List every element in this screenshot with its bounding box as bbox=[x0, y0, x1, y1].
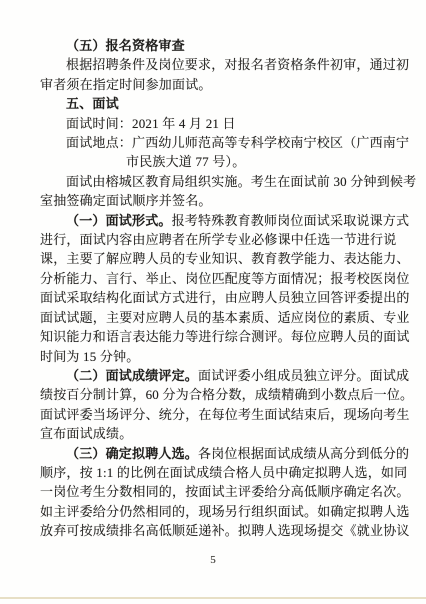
text-line: 分析能力、言行、举止、岗位匹配度等方面情况；报考校医岗位 bbox=[40, 269, 412, 288]
text-line: 知识能力和语言表达能力等进行综合测评。每位应聘人员的面试 bbox=[40, 327, 412, 346]
text-line: 放弃可按成绩排名高低顺延递补。拟聘人选现场提交《就业协议 bbox=[40, 521, 412, 540]
text-line-body: 一岗位考生分数相同的，按面试主评委给分高低顺序确定名次。 bbox=[40, 484, 410, 499]
document-page: （五）报名资格审查根据招聘条件及岗位要求，对报名者资格条件初审，通过初审者须在指… bbox=[0, 0, 426, 604]
text-line: （三）确定拟聘人选。各岗位根据面试成绩从高分到低分的 bbox=[40, 444, 412, 463]
text-line-body: 放弃可按成绩排名高低顺延递补。拟聘人选现场提交《就业协议 bbox=[40, 523, 410, 538]
text-line: （二）面试成绩评定。面试评委小组成员独立评分。面试成 bbox=[40, 366, 412, 385]
text-line-bold-lead: 五、面试 bbox=[66, 96, 119, 111]
text-line-bold-lead: （一）面试形式。 bbox=[66, 213, 172, 228]
text-line-bold-lead: （五）报名资格审查 bbox=[66, 38, 185, 53]
text-line-body: 时间为 15 分钟。 bbox=[40, 349, 140, 364]
text-line: 面试由榕城区教育局组织实施。考生在面试前 30 分钟到候考 bbox=[40, 172, 412, 191]
page-bottom-edge bbox=[0, 597, 426, 599]
text-line: 根据招聘条件及岗位要求，对报名者资格条件初审，通过初 bbox=[40, 55, 412, 74]
text-line: 一岗位考生分数相同的，按面试主评委给分高低顺序确定名次。 bbox=[40, 482, 412, 501]
text-line-body: 知识能力和语言表达能力等进行综合测评。每位应聘人员的面试 bbox=[40, 329, 410, 344]
text-line: 五、面试 bbox=[40, 94, 412, 113]
text-line: 如主评委给分仍然相同的，现场另行组织面试。如确定拟聘人选 bbox=[40, 502, 412, 521]
text-line: 市民族大道 77 号）。 bbox=[40, 152, 412, 171]
text-line: 面试采取结构化面试方式进行，由应聘人员独立回答评委提出的 bbox=[40, 288, 412, 307]
text-line-body: 顺序，按 1:1 的比例在面试成绩合格人员中确定拟聘人选，如同 bbox=[40, 465, 407, 480]
text-line: 宣布面试成绩。 bbox=[40, 424, 412, 443]
text-line: 课，主要了解应聘人员的专业知识、教育教学能力、表达能力、 bbox=[40, 249, 412, 268]
text-line-body: 绩按百分制计算，60 分为合格分数，成绩精确到小数点后一位。 bbox=[40, 387, 413, 402]
page-number: 5 bbox=[0, 554, 426, 566]
text-line: 面试评委当场评分、统分，在每位考生面试结束后，现场向考生 bbox=[40, 405, 412, 424]
text-line-body: 面试地点：广西幼儿师范高等专科学校南宁校区（广西南宁 bbox=[66, 135, 409, 150]
text-line-body: 室抽签确定面试顺序并签名。 bbox=[40, 193, 212, 208]
text-line-bold-lead: （三）确定拟聘人选。 bbox=[66, 446, 198, 461]
text-line-body: 审者须在指定时间参加面试。 bbox=[40, 77, 212, 92]
text-line-body: 面试时间：2021 年 4 月 21 日 bbox=[66, 116, 236, 131]
text-line-body: 面试评委当场评分、统分，在每位考生面试结束后，现场向考生 bbox=[40, 407, 410, 422]
text-line-body: 面试试题，主要对应聘人员的基本素质、适应岗位的素质、专业 bbox=[40, 310, 410, 325]
text-line-body: 各岗位根据面试成绩从高分到低分的 bbox=[198, 446, 409, 461]
text-line: 时间为 15 分钟。 bbox=[40, 347, 412, 366]
text-line: 进行，面试内容由应聘者在所学专业必修课中任选一节进行说 bbox=[40, 230, 412, 249]
text-line-body: 如主评委给分仍然相同的，现场另行组织面试。如确定拟聘人选 bbox=[40, 504, 410, 519]
text-line: 面试时间：2021 年 4 月 21 日 bbox=[40, 114, 412, 133]
text-line-body: 面试采取结构化面试方式进行，由应聘人员独立回答评委提出的 bbox=[40, 290, 410, 305]
text-line: 面试地点：广西幼儿师范高等专科学校南宁校区（广西南宁 bbox=[40, 133, 412, 152]
text-line-body: 宣布面试成绩。 bbox=[40, 426, 132, 441]
text-line: 室抽签确定面试顺序并签名。 bbox=[40, 191, 412, 210]
text-line: 绩按百分制计算，60 分为合格分数，成绩精确到小数点后一位。 bbox=[40, 385, 412, 404]
text-line-body: 报考特殊教育教师岗位面试采取说课方式 bbox=[172, 213, 410, 228]
text-line-body: 课，主要了解应聘人员的专业知识、教育教学能力、表达能力、 bbox=[40, 251, 410, 266]
text-line-body: 进行，面试内容由应聘者在所学专业必修课中任选一节进行说 bbox=[40, 232, 396, 247]
text-line-body: 面试评委小组成员独立评分。面试成 bbox=[198, 368, 409, 383]
text-line: （一）面试形式。报考特殊教育教师岗位面试采取说课方式 bbox=[40, 211, 412, 230]
text-line-body: 面试由榕城区教育局组织实施。考生在面试前 30 分钟到候考 bbox=[66, 174, 416, 189]
document-body: （五）报名资格审查根据招聘条件及岗位要求，对报名者资格条件初审，通过初审者须在指… bbox=[40, 36, 412, 541]
text-line-body: 市民族大道 77 号）。 bbox=[126, 154, 245, 169]
text-line-body: 根据招聘条件及岗位要求，对报名者资格条件初审，通过初 bbox=[66, 57, 409, 72]
text-line-bold-lead: （二）面试成绩评定。 bbox=[66, 368, 198, 383]
text-line: 审者须在指定时间参加面试。 bbox=[40, 75, 412, 94]
text-line: 顺序，按 1:1 的比例在面试成绩合格人员中确定拟聘人选，如同 bbox=[40, 463, 412, 482]
text-line: （五）报名资格审查 bbox=[40, 36, 412, 55]
text-line-body: 分析能力、言行、举止、岗位匹配度等方面情况；报考校医岗位 bbox=[40, 271, 410, 286]
text-line: 面试试题，主要对应聘人员的基本素质、适应岗位的素质、专业 bbox=[40, 308, 412, 327]
